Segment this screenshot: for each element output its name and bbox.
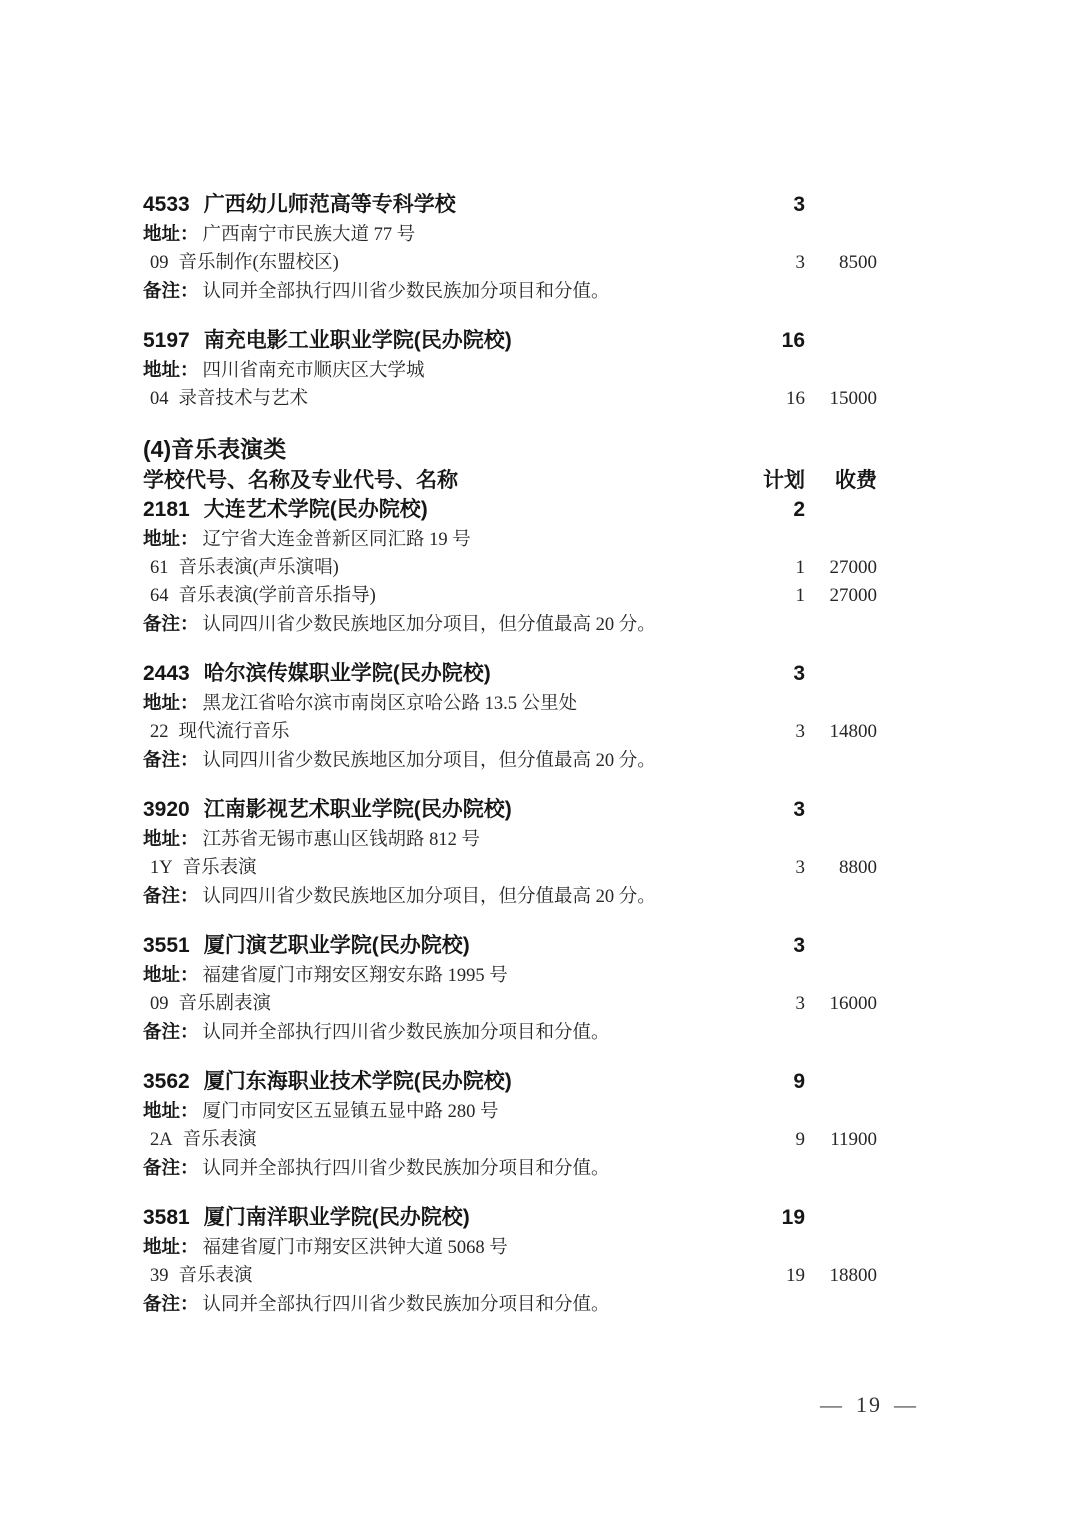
school-plan-count: 3 — [745, 190, 805, 220]
address-label: 地址： — [143, 223, 199, 244]
major-name: 音乐表演(声乐演唱) — [179, 558, 339, 578]
school-row: 2443哈尔滨传媒职业学院(民办院校) 3 — [143, 659, 877, 689]
note-row: 备注：认同并全部执行四川省少数民族加分项目和分值。 — [143, 1018, 877, 1047]
major-plan: 3 — [745, 990, 805, 1018]
major-plan: 1 — [745, 554, 805, 582]
address-row: 地址：黑龙江省哈尔滨市南岗区京哈公路 13.5 公里处 — [143, 689, 877, 718]
address-label: 地址： — [143, 1100, 199, 1121]
address-text: 江苏省无锡市惠山区钱胡路 812 号 — [203, 830, 481, 850]
page-number-value: 19 — [856, 1392, 882, 1417]
note-text: 认同四川省少数民族地区加分项目，但分值最高 20 分。 — [203, 887, 656, 907]
major-name: 音乐剧表演 — [179, 994, 272, 1014]
school-name: 广西幼儿师范高等专科学校 — [204, 193, 456, 216]
major-fee: 27000 — [805, 582, 877, 610]
school-entry: 3562厦门东海职业技术学院(民办院校) 9 地址：厦门市同安区五显镇五显中路 … — [143, 1067, 877, 1183]
school-name: 厦门南洋职业学院(民办院校) — [204, 1206, 470, 1229]
address-row: 地址：广西南宁市民族大道 77 号 — [143, 220, 877, 249]
major-code: 09 — [150, 253, 169, 273]
note-label: 备注： — [143, 613, 199, 634]
major-fee: 11900 — [805, 1126, 877, 1154]
school-entry: 5197南充电影工业职业学院(民办院校) 16 地址：四川省南充市顺庆区大学城 … — [143, 326, 877, 413]
address-row: 地址：福建省厦门市翔安区翔安东路 1995 号 — [143, 961, 877, 990]
school-entry: 2181大连艺术学院(民办院校) 2 地址：辽宁省大连金普新区同汇路 19 号 … — [143, 495, 877, 639]
page-number: —19— — [808, 1392, 930, 1418]
school-code: 3562 — [143, 1070, 190, 1093]
address-label: 地址： — [143, 1236, 199, 1257]
school-plan-count: 16 — [745, 326, 805, 356]
note-text: 认同并全部执行四川省少数民族加分项目和分值。 — [203, 1159, 610, 1179]
note-label: 备注： — [143, 1021, 199, 1042]
major-fee: 18800 — [805, 1262, 877, 1290]
school-code: 3581 — [143, 1206, 190, 1229]
address-text: 辽宁省大连金普新区同汇路 19 号 — [203, 530, 471, 550]
address-row: 地址：江苏省无锡市惠山区钱胡路 812 号 — [143, 825, 877, 854]
note-text: 认同并全部执行四川省少数民族加分项目和分值。 — [203, 282, 610, 302]
school-plan-count: 3 — [745, 795, 805, 825]
address-text: 广西南宁市民族大道 77 号 — [203, 225, 416, 245]
school-code: 3551 — [143, 934, 190, 957]
school-name: 厦门演艺职业学院(民办院校) — [204, 934, 470, 957]
school-entry: 3920江南影视艺术职业学院(民办院校) 3 地址：江苏省无锡市惠山区钱胡路 8… — [143, 795, 877, 911]
note-row: 备注：认同并全部执行四川省少数民族加分项目和分值。 — [143, 277, 877, 306]
note-text: 认同四川省少数民族地区加分项目，但分值最高 20 分。 — [203, 751, 656, 771]
major-plan: 9 — [745, 1126, 805, 1154]
note-label: 备注： — [143, 280, 199, 301]
major-row: 39音乐表演 19 18800 — [143, 1262, 877, 1290]
major-plan: 1 — [745, 582, 805, 610]
major-name: 音乐表演(学前音乐指导) — [179, 586, 376, 606]
major-code: 1Y — [150, 858, 173, 878]
major-fee: 8500 — [805, 249, 877, 277]
major-code: 22 — [150, 722, 169, 742]
school-row: 3551厦门演艺职业学院(民办院校) 3 — [143, 931, 877, 961]
school-name: 哈尔滨传媒职业学院(民办院校) — [204, 662, 491, 685]
column-header-plan: 计划 — [745, 467, 805, 495]
major-fee: 8800 — [805, 854, 877, 882]
major-fee: 27000 — [805, 554, 877, 582]
school-code: 4533 — [143, 193, 190, 216]
address-label: 地址： — [143, 692, 199, 713]
school-plan-count: 3 — [745, 659, 805, 689]
school-row: 3581厦门南洋职业学院(民办院校) 19 — [143, 1203, 877, 1233]
note-row: 备注：认同并全部执行四川省少数民族加分项目和分值。 — [143, 1154, 877, 1183]
major-name: 音乐表演 — [183, 858, 257, 878]
school-entry: 4533广西幼儿师范高等专科学校 3 地址：广西南宁市民族大道 77 号 09音… — [143, 190, 877, 306]
address-label: 地址： — [143, 359, 199, 380]
address-row: 地址：四川省南充市顺庆区大学城 — [143, 356, 877, 385]
major-plan: 3 — [745, 249, 805, 277]
major-fee: 16000 — [805, 990, 877, 1018]
school-entry: 3581厦门南洋职业学院(民办院校) 19 地址：福建省厦门市翔安区洪钟大道 5… — [143, 1203, 877, 1319]
major-code: 04 — [150, 389, 169, 409]
school-row: 4533广西幼儿师范高等专科学校 3 — [143, 190, 877, 220]
major-code: 09 — [150, 994, 169, 1014]
school-row: 5197南充电影工业职业学院(民办院校) 16 — [143, 326, 877, 356]
school-code: 5197 — [143, 329, 190, 352]
school-row: 3562厦门东海职业技术学院(民办院校) 9 — [143, 1067, 877, 1097]
major-code: 2A — [150, 1130, 173, 1150]
address-text: 福建省厦门市翔安区翔安东路 1995 号 — [203, 966, 508, 986]
major-name: 音乐表演 — [179, 1266, 253, 1286]
school-plan-count: 9 — [745, 1067, 805, 1097]
major-row: 09音乐剧表演 3 16000 — [143, 990, 877, 1018]
note-label: 备注： — [143, 885, 199, 906]
address-label: 地址： — [143, 964, 199, 985]
address-row: 地址：辽宁省大连金普新区同汇路 19 号 — [143, 525, 877, 554]
school-name: 大连艺术学院(民办院校) — [204, 498, 428, 521]
column-header-school: 学校代号、名称及专业代号、名称 — [143, 467, 745, 495]
section-title: (4)音乐表演类 — [143, 433, 877, 465]
address-text: 福建省厦门市翔安区洪钟大道 5068 号 — [203, 1238, 508, 1258]
school-name: 南充电影工业职业学院(民办院校) — [204, 329, 512, 352]
note-text: 认同并全部执行四川省少数民族加分项目和分值。 — [203, 1295, 610, 1315]
address-row: 地址：厦门市同安区五显镇五显中路 280 号 — [143, 1097, 877, 1126]
document-page: 4533广西幼儿师范高等专科学校 3 地址：广西南宁市民族大道 77 号 09音… — [0, 0, 1080, 1527]
note-text: 认同并全部执行四川省少数民族加分项目和分值。 — [203, 1023, 610, 1043]
major-plan: 3 — [745, 718, 805, 746]
major-code: 64 — [150, 586, 169, 606]
school-entry: 3551厦门演艺职业学院(民办院校) 3 地址：福建省厦门市翔安区翔安东路 19… — [143, 931, 877, 1047]
school-code: 2443 — [143, 662, 190, 685]
school-name: 厦门东海职业技术学院(民办院校) — [204, 1070, 512, 1093]
major-fee: 14800 — [805, 718, 877, 746]
address-row: 地址：福建省厦门市翔安区洪钟大道 5068 号 — [143, 1233, 877, 1262]
major-name: 现代流行音乐 — [179, 722, 290, 742]
major-name: 音乐表演 — [183, 1130, 257, 1150]
major-row: 22现代流行音乐 3 14800 — [143, 718, 877, 746]
major-row: 61音乐表演(声乐演唱) 1 27000 — [143, 554, 877, 582]
school-row: 2181大连艺术学院(民办院校) 2 — [143, 495, 877, 525]
page-number-dash-left: — — [820, 1392, 844, 1417]
major-row: 1Y音乐表演 3 8800 — [143, 854, 877, 882]
table-header: 学校代号、名称及专业代号、名称 计划 收费 — [143, 467, 877, 495]
major-row: 04录音技术与艺术 16 15000 — [143, 385, 877, 413]
school-row: 3920江南影视艺术职业学院(民办院校) 3 — [143, 795, 877, 825]
note-text: 认同四川省少数民族地区加分项目，但分值最高 20 分。 — [203, 615, 656, 635]
column-header-fee: 收费 — [805, 467, 877, 495]
school-entry: 2443哈尔滨传媒职业学院(民办院校) 3 地址：黑龙江省哈尔滨市南岗区京哈公路… — [143, 659, 877, 775]
major-row: 64音乐表演(学前音乐指导) 1 27000 — [143, 582, 877, 610]
major-name: 音乐制作(东盟校区) — [179, 253, 339, 273]
major-code: 39 — [150, 1266, 169, 1286]
major-fee: 15000 — [805, 385, 877, 413]
major-plan: 16 — [745, 385, 805, 413]
note-row: 备注：认同四川省少数民族地区加分项目，但分值最高 20 分。 — [143, 746, 877, 775]
note-row: 备注：认同四川省少数民族地区加分项目，但分值最高 20 分。 — [143, 610, 877, 639]
major-plan: 3 — [745, 854, 805, 882]
address-label: 地址： — [143, 828, 199, 849]
major-name: 录音技术与艺术 — [179, 389, 309, 409]
school-plan-count: 2 — [745, 495, 805, 525]
major-code: 61 — [150, 558, 169, 578]
address-text: 厦门市同安区五显镇五显中路 280 号 — [203, 1102, 499, 1122]
note-label: 备注： — [143, 749, 199, 770]
note-label: 备注： — [143, 1293, 199, 1314]
note-row: 备注：认同并全部执行四川省少数民族加分项目和分值。 — [143, 1290, 877, 1319]
school-code: 2181 — [143, 498, 190, 521]
address-text: 黑龙江省哈尔滨市南岗区京哈公路 13.5 公里处 — [203, 694, 578, 714]
major-row: 09音乐制作(东盟校区) 3 8500 — [143, 249, 877, 277]
address-label: 地址： — [143, 528, 199, 549]
major-plan: 19 — [745, 1262, 805, 1290]
school-plan-count: 19 — [745, 1203, 805, 1233]
note-label: 备注： — [143, 1157, 199, 1178]
school-name: 江南影视艺术职业学院(民办院校) — [204, 798, 512, 821]
school-code: 3920 — [143, 798, 190, 821]
address-text: 四川省南充市顺庆区大学城 — [203, 361, 425, 381]
school-plan-count: 3 — [745, 931, 805, 961]
page-number-dash-right: — — [894, 1392, 918, 1417]
note-row: 备注：认同四川省少数民族地区加分项目，但分值最高 20 分。 — [143, 882, 877, 911]
major-row: 2A音乐表演 9 11900 — [143, 1126, 877, 1154]
